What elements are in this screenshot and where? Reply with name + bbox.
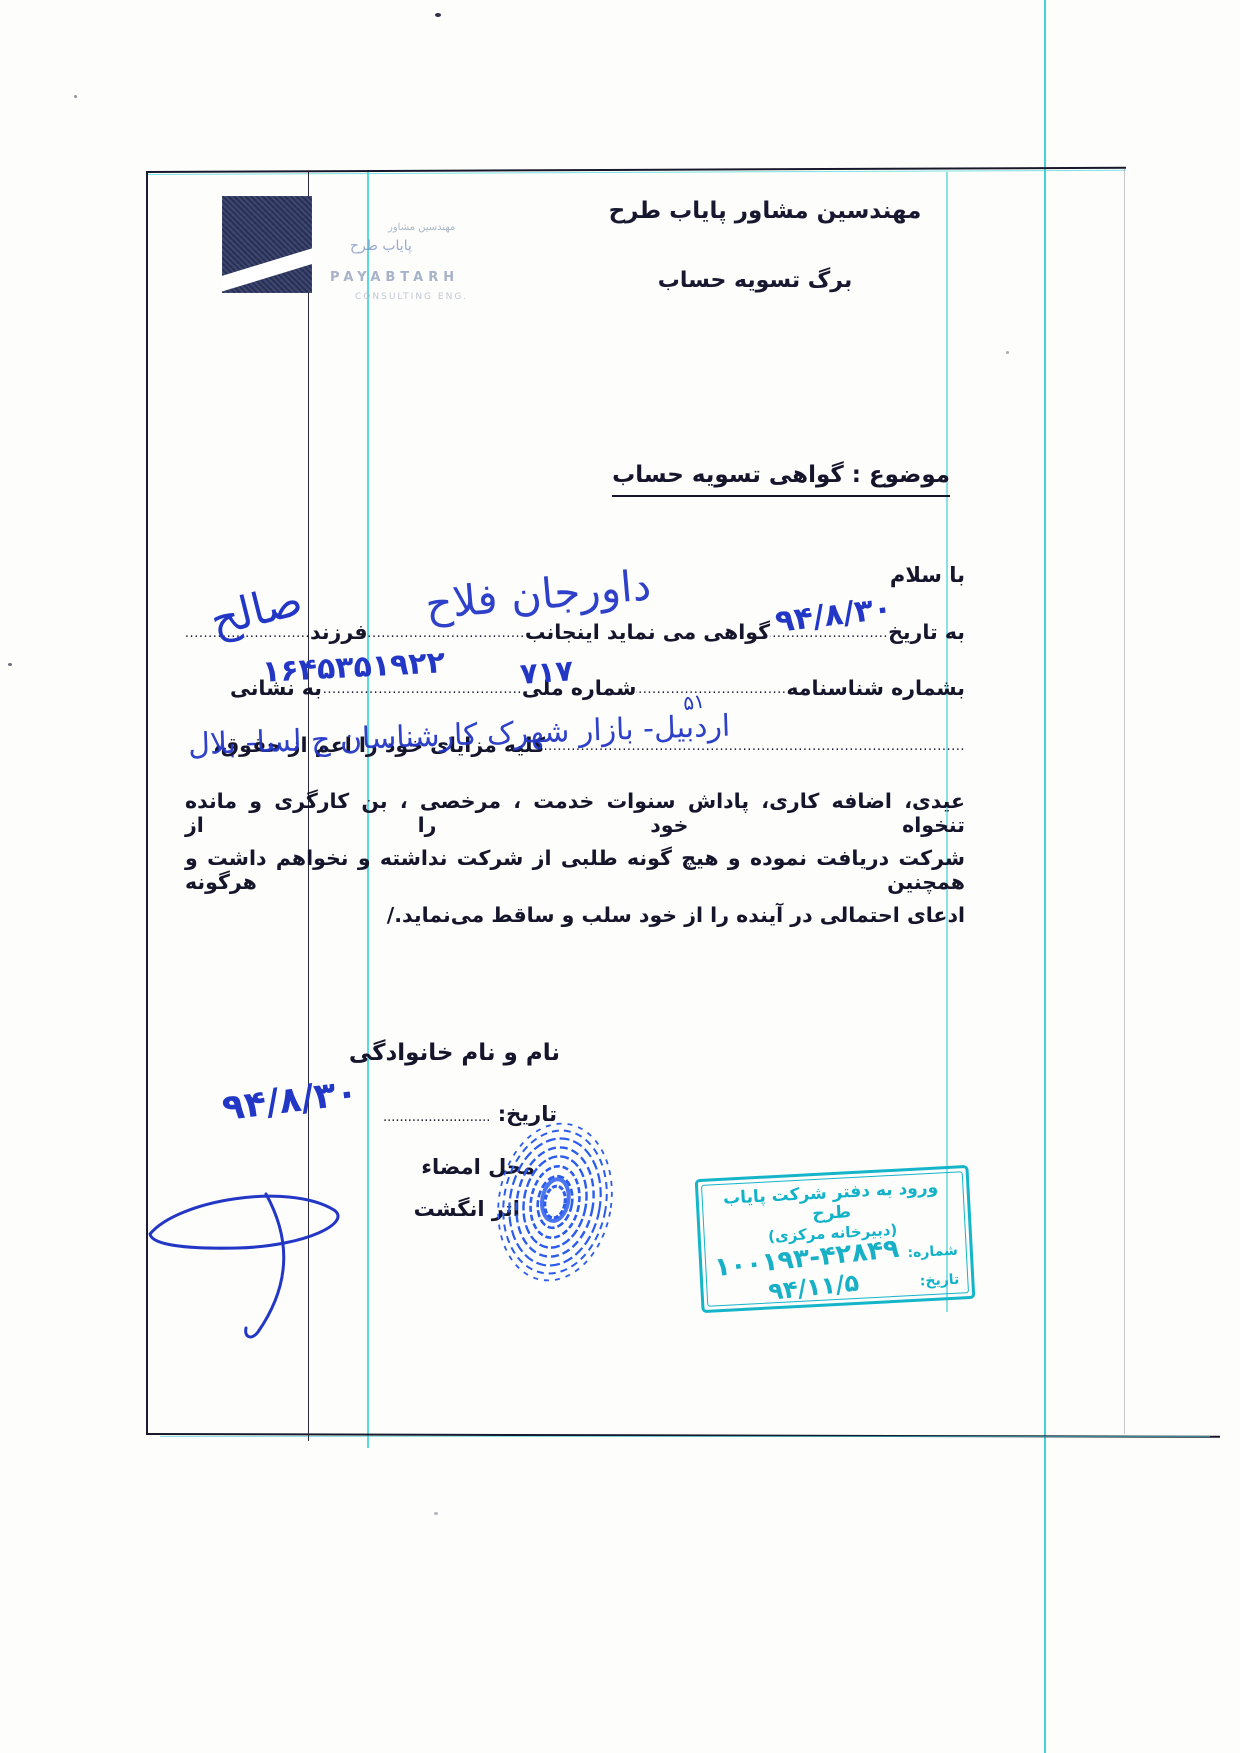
dust-speck (74, 95, 77, 98)
line1-mid: گواهی می نماید اینجانب (525, 620, 770, 644)
signature (138, 1172, 358, 1347)
form-title: برگ تسویه حساب (620, 268, 890, 293)
page-border-bottom-fringe (160, 1436, 1210, 1437)
dotted-blank-id: ........................................… (636, 682, 786, 697)
stamp-number-label: شماره: (907, 1243, 958, 1262)
handwritten-name: داورجان فلاح (423, 560, 653, 629)
name-label: نام و نام خانوادگی (349, 1040, 560, 1066)
stamp-date-label: تاریخ: (919, 1272, 959, 1290)
dotted-blank-name: ........................................… (368, 626, 525, 641)
handwritten-address-number: ۵۱ (681, 689, 706, 716)
body-line-6: ادعای احتمالی در آینده را از خود سلب و س… (185, 903, 965, 927)
line2-prefix: بشماره شناسنامه (786, 676, 965, 700)
logo-persian-name-text: پایاب طرح (350, 238, 412, 254)
logo-persian-small-text: مهندسین مشاور (388, 222, 455, 233)
dust-speck (1006, 351, 1009, 354)
salutation: با سلام (890, 563, 965, 587)
stamp-inner-border: ورود به دفتر شرکت پایاب طرح (دبیرخانه مر… (701, 1171, 969, 1307)
scan-artifact-line-right (1044, 0, 1046, 1753)
office-entry-stamp: ورود به دفتر شرکت پایاب طرح (دبیرخانه مر… (695, 1165, 976, 1313)
subject-line: موضوع : گواهی تسویه حساب (612, 462, 950, 497)
line1-suffix: فرزند (310, 620, 368, 644)
body-line-4: عیدی، اضافه کاری، پاداش سنوات خدمت ، مرخ… (185, 789, 965, 837)
handwritten-footer-date: ۹۴/۸/۳۰ (220, 1072, 360, 1129)
handwritten-id-number: ۷۱۷ (519, 653, 574, 691)
dust-speck (434, 1512, 438, 1515)
company-name-header: مهندسین مشاور پایاب طرح (600, 198, 930, 224)
fingerprint-mark (492, 1120, 618, 1285)
page-border-right (1124, 169, 1125, 1434)
body-line-5: شرکت دریافت نموده و هیچ گونه طلبی از شرک… (185, 846, 965, 894)
company-logo (222, 196, 312, 293)
logo-latin-text: PAYABTARH (330, 270, 459, 285)
date-dotted-blank: .......................... (383, 1110, 490, 1125)
dust-speck (435, 13, 441, 17)
logo-latin-subtext: CONSULTING ENG. (355, 292, 468, 302)
line1-prefix: به تاریخ (888, 620, 965, 644)
dust-speck (8, 663, 12, 666)
